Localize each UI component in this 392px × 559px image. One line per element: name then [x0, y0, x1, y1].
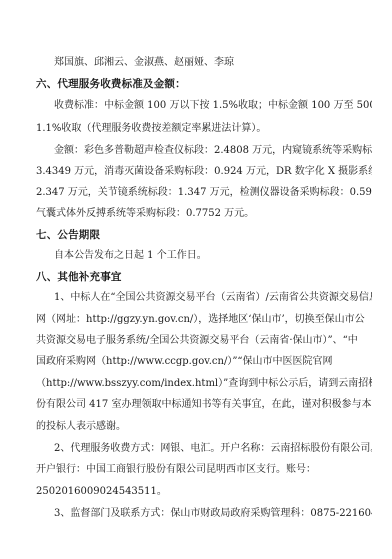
- amount-line-3: 2.347 万元，关节镜系统标段：1.347 万元，检测仪器设备采购标段：0.5…: [36, 186, 372, 200]
- item-3-supervision-contact: 3、监督部门及联系方式：保山市财政局政府采购管理科：0875-2216045。: [54, 507, 372, 521]
- item-1-line-7: 的投标人表示感谢。: [36, 420, 372, 434]
- amount-line-2: 3.4349 万元，消毒灭菌设备采购标段：0.924 万元，DR 数字化 X 摄…: [36, 165, 372, 179]
- fee-standard-line-1: 收费标准：中标金额 100 万以下按 1.5%收取；中标金额 100 万至 50…: [54, 99, 372, 113]
- item-1-line-1: 1、中标人在“全国公共资源交易平台（云南省）/云南省公共资源交易信息: [54, 291, 372, 305]
- announcement-period-text: 自本公告发布之日起 1 个工作日。: [54, 249, 372, 263]
- bank-account-number: 2502016009024543511。: [36, 485, 372, 499]
- item-1-line-2: 网（网址：http://ggzy.yn.gov.cn/），选择地区‘保山市’，切…: [36, 313, 372, 327]
- item-2-line-1: 2、代理服务收费方式：网银、电汇。开户名称：云南招标股份有限公司。: [54, 442, 372, 456]
- item-1-line-6: 份有限公司 417 室办理领取中标通知书等有关事宜，在此，谨对积极参与本项目: [36, 398, 372, 412]
- evaluation-committee-names: 郑国旗、邱湘云、金淑燕、赵丽娅、李琼: [54, 56, 372, 70]
- section-6-heading: 六、代理服务收费标准及金额：: [36, 77, 372, 91]
- item-1-line-4: 国政府采购网（http://www.ccgp.gov.cn/）”“保山市中医医院…: [36, 355, 372, 369]
- item-2-line-2: 开户银行：中国工商银行股份有限公司昆明西市区支行。账号：: [36, 463, 372, 477]
- fee-standard-line-2: 1.1%收取（代理服务收费按差额定率累进法计算）。: [36, 122, 372, 136]
- amount-line-4: 气囊式体外反搏系统等采购标段：0.7752 万元。: [36, 207, 372, 221]
- section-8-heading: 八、其他补充事宜: [36, 270, 372, 284]
- item-1-line-3: 共资源交易电子服务系统/全国公共资源交易平台（云南省·保山市）”、“中: [36, 334, 372, 348]
- item-1-line-5: （http://www.bsszyy.com/index.html）”查询到中标…: [36, 377, 372, 391]
- section-7-heading: 七、公告期限: [36, 228, 372, 242]
- amount-line-1: 金额：彩色多普勒超声检查仪标段：2.4808 万元，内窥镜系统等采购标段：: [54, 144, 372, 158]
- document-page: 郑国旗、邱湘云、金淑燕、赵丽娅、李琼 六、代理服务收费标准及金额： 收费标准：中…: [0, 0, 392, 559]
